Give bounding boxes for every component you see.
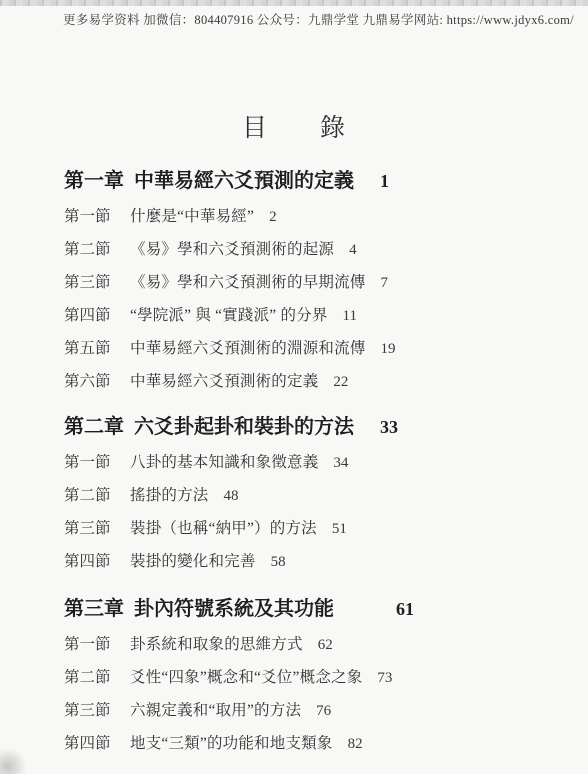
toc-section-row: 第四節 “學院派” 與 “實踐派” 的分界 11 (64, 303, 558, 336)
section-page-number: 22 (333, 374, 348, 391)
section-title: 八卦的基本知識和象徵意義 (130, 450, 318, 472)
toc-section-row: 第一節 什麼是“中華易經” 2 (64, 204, 558, 237)
section-label: 第一節 (64, 204, 130, 226)
section-title: 《易》學和六爻預測術的起源 (130, 237, 334, 259)
section-page-number: 19 (381, 341, 396, 358)
toc-section-list: 第一節 卦系統和取象的思維方式 62 第二節 爻性“四象”概念和“爻位”概念之象… (64, 632, 558, 764)
section-page-number: 11 (343, 308, 357, 325)
toc-chapter-3: 第三章 卦內符號系統及其功能 61 第一節 卦系統和取象的思維方式 62 第二節… (64, 596, 558, 764)
section-title: 裝掛（也稱“納甲”）的方法 (130, 516, 317, 538)
toc-chapter-heading: 第三章 卦內符號系統及其功能 61 (64, 596, 558, 622)
toc-chapter-heading: 第一章 中華易經六爻預測的定義 1 (64, 168, 558, 194)
chapter-label: 第二章 (64, 414, 124, 440)
section-label: 第三節 (64, 516, 130, 538)
section-label: 第一節 (64, 632, 130, 654)
chapter-page-number: 61 (396, 596, 414, 622)
toc-chapter-2: 第二章 六爻卦起卦和裝卦的方法 33 第一節 八卦的基本知識和象徵意義 34 第… (64, 414, 558, 582)
scanner-edge-band (0, 0, 588, 6)
section-title: 爻性“四象”概念和“爻位”概念之象 (130, 665, 362, 687)
section-label: 第二節 (64, 665, 130, 687)
toc-chapter-heading: 第二章 六爻卦起卦和裝卦的方法 33 (64, 414, 558, 440)
section-label: 第一節 (64, 450, 130, 472)
scanned-document-page: 更多易学资料 加微信：804407916 公众号：九鼎学堂 九鼎易学网站: ht… (0, 0, 588, 774)
section-title: “學院派” 與 “實踐派” 的分界 (130, 303, 328, 325)
section-page-number: 62 (318, 637, 333, 654)
section-page-number: 2 (269, 209, 277, 226)
toc-section-row: 第一節 卦系統和取象的思維方式 62 (64, 632, 558, 665)
section-label: 第六節 (64, 369, 130, 391)
section-label: 第四節 (64, 303, 130, 325)
section-title: 裝掛的變化和完善 (130, 549, 256, 571)
chapter-page-number: 1 (380, 168, 389, 194)
chapter-title: 中華易經六爻預測的定義 (134, 168, 354, 194)
section-label: 第四節 (64, 549, 130, 571)
toc-section-row: 第二節 《易》學和六爻預測術的起源 4 (64, 237, 558, 270)
section-title: 搖掛的方法 (130, 483, 209, 505)
section-title: 中華易經六爻預測術的定義 (130, 369, 318, 391)
toc-section-row: 第六節 中華易經六爻預測術的定義 22 (64, 369, 558, 402)
section-page-number: 51 (332, 521, 347, 538)
promo-header-text: 更多易学资料 加微信：804407916 公众号：九鼎学堂 九鼎易学网站: ht… (63, 10, 568, 28)
section-title: 地支“三類”的功能和地支類象 (130, 731, 333, 753)
toc-section-list: 第一節 什麼是“中華易經” 2 第二節 《易》學和六爻預測術的起源 4 第三節 … (64, 204, 558, 402)
chapter-label: 第三章 (64, 596, 124, 622)
section-label: 第四節 (64, 731, 130, 753)
chapter-label: 第一章 (64, 168, 124, 194)
page-title: 目 錄 (0, 108, 588, 144)
toc-section-row: 第三節 裝掛（也稱“納甲”）的方法 51 (64, 516, 558, 549)
toc-section-row: 第三節 六親定義和“取用”的方法 76 (64, 698, 558, 731)
section-title: 什麼是“中華易經” (130, 204, 254, 226)
section-title: 《易》學和六爻預測術的早期流傳 (130, 270, 366, 292)
section-label: 第五節 (64, 336, 130, 358)
toc-section-row: 第三節 《易》學和六爻預測術的早期流傳 7 (64, 270, 558, 303)
section-page-number: 76 (316, 703, 331, 720)
toc-section-list: 第一節 八卦的基本知識和象徵意義 34 第二節 搖掛的方法 48 第三節 裝掛（… (64, 450, 558, 582)
toc-section-row: 第五節 中華易經六爻預測術的淵源和流傳 19 (64, 336, 558, 369)
section-page-number: 48 (224, 488, 239, 505)
section-label: 第二節 (64, 483, 130, 505)
toc-section-row: 第四節 裝掛的變化和完善 58 (64, 549, 558, 582)
toc-chapter-1: 第一章 中華易經六爻預測的定義 1 第一節 什麼是“中華易經” 2 第二節 《易… (64, 168, 558, 402)
section-label: 第二節 (64, 237, 130, 259)
chapter-title: 六爻卦起卦和裝卦的方法 (134, 414, 354, 440)
scan-smudge-artifact (0, 750, 28, 774)
section-page-number: 34 (333, 455, 348, 472)
chapter-title: 卦內符號系統及其功能 (134, 596, 334, 622)
toc-section-row: 第二節 搖掛的方法 48 (64, 483, 558, 516)
section-page-number: 73 (377, 670, 392, 687)
chapter-page-number: 33 (380, 414, 398, 440)
toc-section-row: 第二節 爻性“四象”概念和“爻位”概念之象 73 (64, 665, 558, 698)
section-page-number: 58 (271, 554, 286, 571)
toc-section-row: 第四節 地支“三類”的功能和地支類象 82 (64, 731, 558, 764)
section-page-number: 82 (348, 736, 363, 753)
section-label: 第三節 (64, 270, 130, 292)
section-label: 第三節 (64, 698, 130, 720)
section-page-number: 4 (349, 242, 357, 259)
section-title: 中華易經六爻預測術的淵源和流傳 (130, 336, 366, 358)
section-title: 六親定義和“取用”的方法 (130, 698, 301, 720)
toc-section-row: 第一節 八卦的基本知識和象徵意義 34 (64, 450, 558, 483)
section-page-number: 7 (381, 275, 389, 292)
section-title: 卦系統和取象的思維方式 (130, 632, 303, 654)
